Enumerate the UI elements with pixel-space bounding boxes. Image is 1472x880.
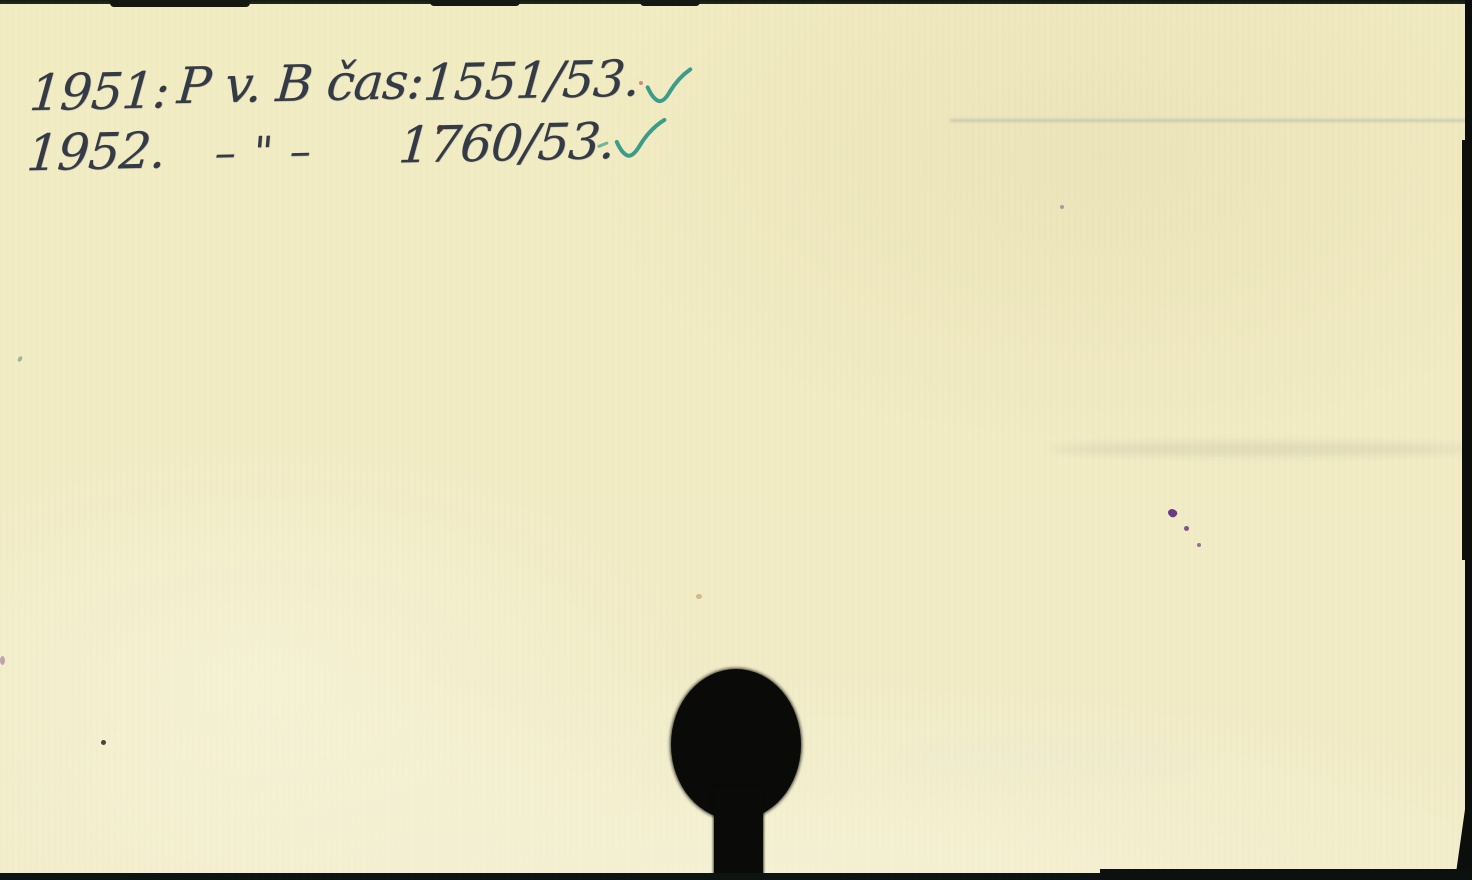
scan-edge-bump: [430, 0, 520, 6]
entry-1951-case: P v. B čas:: [175, 56, 425, 111]
handwritten-entries: 1951: P v. B čas: 1551/53. 1952. – " – 1…: [0, 0, 1472, 261]
entry-1951-number: 1551/53.: [421, 53, 641, 108]
ink-speck: [101, 740, 106, 745]
entry-1952-ditto-mark: – " –: [213, 130, 315, 174]
ink-speck: [0, 656, 5, 665]
entry-1952-number: 1760/53.: [397, 116, 617, 171]
scan-edge-bump: [110, 0, 250, 7]
checkmark-icon: [590, 115, 671, 163]
scanned-index-card: 1951: P v. B čas: 1551/53. 1952. – " – 1…: [0, 0, 1472, 880]
checkmark-icon: [643, 66, 694, 109]
purple-ink-splatter: [1197, 543, 1201, 547]
scan-edge-right-wide: [1462, 140, 1472, 560]
purple-ink-splatter: [1184, 526, 1189, 531]
scan-edge-bottom-thick: [1100, 869, 1472, 880]
entry-1951-year: 1951:: [28, 65, 171, 118]
paper-stain: [696, 594, 702, 599]
entry-1952-year: 1952.: [25, 125, 167, 178]
purple-ink-splatter: [1166, 507, 1178, 519]
scan-edge-bump: [640, 0, 700, 6]
ink-speck: [17, 355, 23, 362]
punch-hole-stem: [714, 788, 763, 880]
faint-smudge: [900, 740, 1200, 780]
faint-smudge: [1050, 442, 1470, 456]
